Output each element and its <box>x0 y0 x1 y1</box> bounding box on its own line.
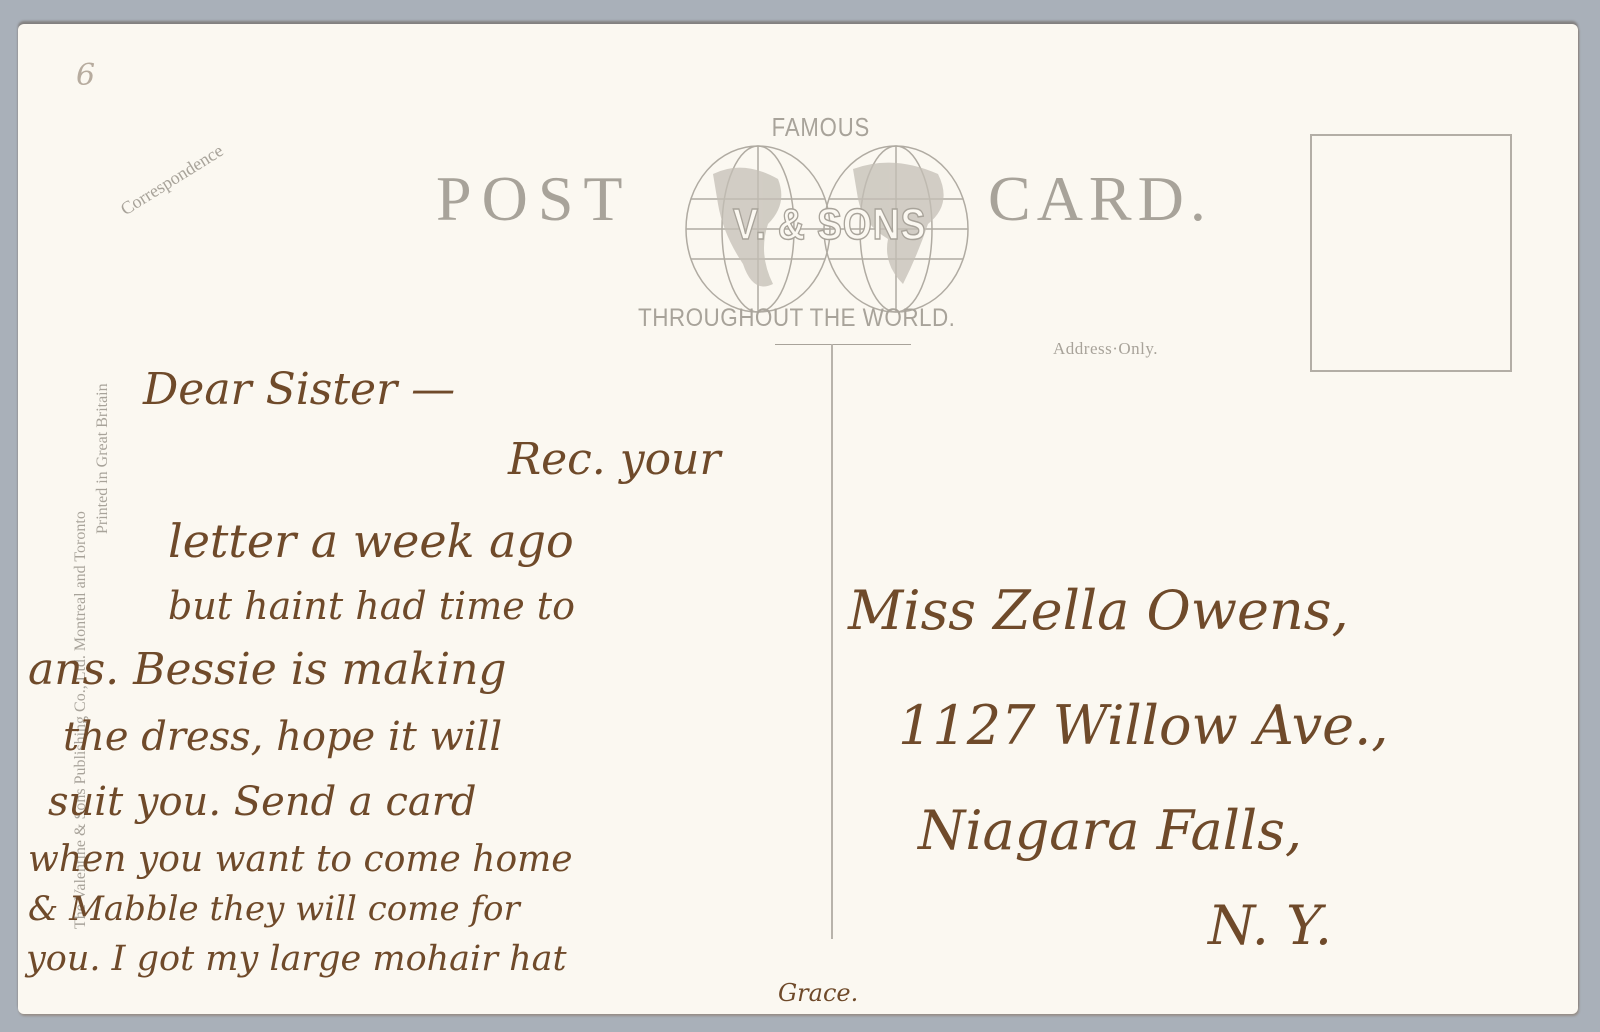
signature: Grace. <box>778 979 858 1007</box>
message-line: & Mabble they will come for <box>28 889 520 929</box>
message-line: suit you. Send a card <box>48 779 476 825</box>
correspondence-label: Correspondence <box>117 140 227 220</box>
message-line: the dress, hope it will <box>63 714 502 760</box>
message-line: when you want to come home <box>28 839 573 880</box>
address-line-street: 1127 Willow Ave., <box>898 694 1388 757</box>
address-line-city: Niagara Falls, <box>918 799 1302 862</box>
message-line: Dear Sister — <box>143 364 455 415</box>
divider-top-rule <box>775 344 911 345</box>
globes-logo-icon: V. & SONS <box>683 144 973 314</box>
address-only-label: Address·Only. <box>1053 339 1158 359</box>
card-label: CARD. <box>988 162 1212 236</box>
stamp-box <box>1310 134 1512 372</box>
address-line-name: Miss Zella Owens, <box>848 579 1349 642</box>
tagline: THROUGHOUT THE WORLD. <box>638 304 955 333</box>
message-line: but haint had time to <box>168 584 575 628</box>
address-line-state: N. Y. <box>1208 894 1332 957</box>
v-and-sons-logo-text: V. & SONS <box>733 200 926 250</box>
message-line: letter a week ago <box>168 514 574 568</box>
postcard-back: 6 FAMOUS POST CARD. <box>18 24 1578 1014</box>
divider-line <box>831 344 833 939</box>
pencil-corner-mark: 6 <box>76 58 95 93</box>
message-line: Rec. your <box>508 434 721 485</box>
post-label: POST <box>436 162 633 236</box>
message-line: ans. Bessie is making <box>28 644 507 695</box>
famous-label: FAMOUS <box>772 112 870 143</box>
message-line: you. I got my large mohair hat <box>26 939 567 979</box>
